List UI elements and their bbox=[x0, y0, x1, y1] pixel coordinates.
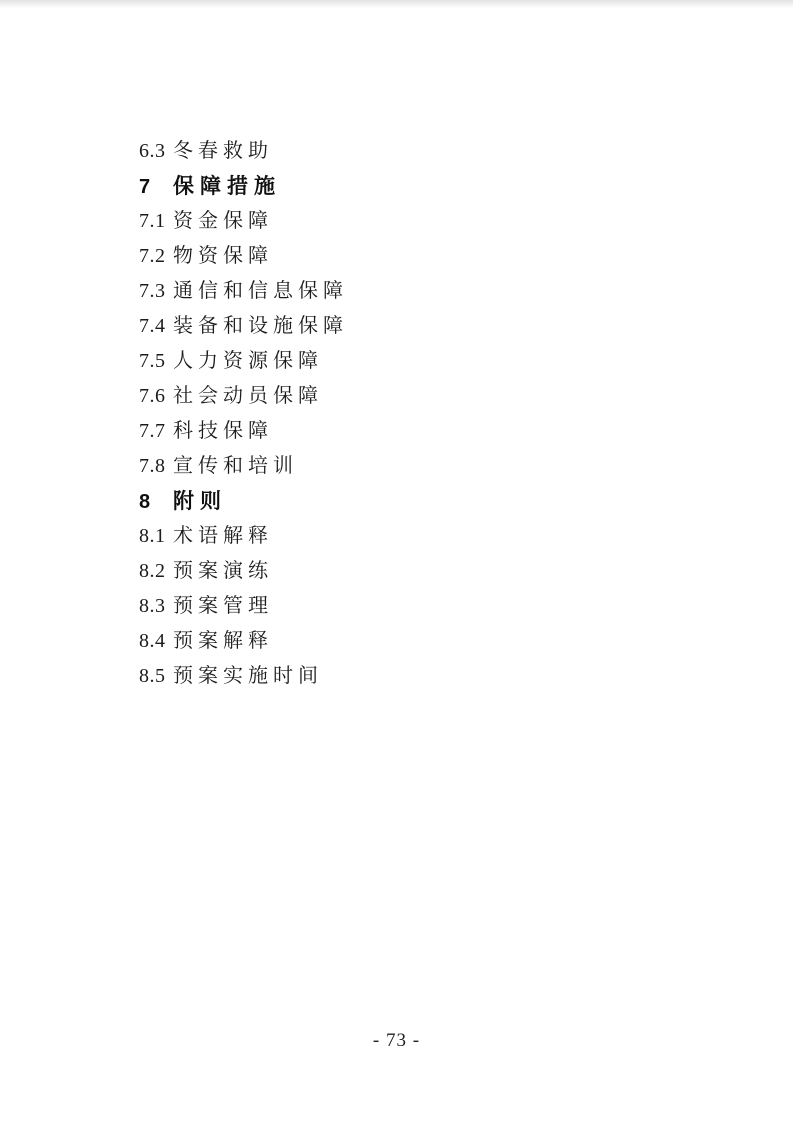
toc-entry-number: 8.5 bbox=[139, 659, 173, 694]
toc-entry-title: 预案实施时间 bbox=[173, 659, 323, 694]
toc-entry-title: 科技保障 bbox=[173, 414, 273, 449]
toc-entry-title: 预案解释 bbox=[173, 624, 273, 659]
toc-entry-number: 8.2 bbox=[139, 554, 173, 589]
toc-entry-title: 术语解释 bbox=[173, 519, 273, 554]
document-page: 6.3 冬春救助 7 保障措施 7.1 资金保障 7.2 物资保障 7.3 通信… bbox=[0, 0, 793, 1122]
toc-entry-number: 8 bbox=[139, 485, 173, 520]
toc-entry-title: 预案演练 bbox=[173, 554, 273, 589]
toc-entry: 7.3 通信和信息保障 bbox=[139, 274, 348, 309]
toc-entry: 7.7 科技保障 bbox=[139, 414, 348, 449]
page-top-edge bbox=[0, 0, 793, 8]
toc-entry: 7.8 宣传和培训 bbox=[139, 449, 348, 484]
toc-entry-number: 7 bbox=[139, 170, 173, 205]
toc-entry-number: 8.1 bbox=[139, 519, 173, 554]
toc-entry: 7.2 物资保障 bbox=[139, 239, 348, 274]
toc-entry-number: 7.7 bbox=[139, 414, 173, 449]
toc-entry: 8.2 预案演练 bbox=[139, 554, 348, 589]
toc-entry-title: 预案管理 bbox=[173, 589, 273, 624]
toc-entry: 8.5 预案实施时间 bbox=[139, 659, 348, 694]
toc-entry-title: 冬春救助 bbox=[173, 134, 273, 169]
page-number: - 73 - bbox=[373, 1030, 420, 1051]
toc-entry: 7.1 资金保障 bbox=[139, 204, 348, 239]
toc-entry: 8.4 预案解释 bbox=[139, 624, 348, 659]
toc-entry-number: 7.4 bbox=[139, 309, 173, 344]
toc-entry-number: 8.4 bbox=[139, 624, 173, 659]
toc-entry-number: 8.3 bbox=[139, 589, 173, 624]
toc-entry-number: 7.5 bbox=[139, 344, 173, 379]
toc-entry-title: 附则 bbox=[173, 484, 227, 519]
toc-entry-number: 7.6 bbox=[139, 379, 173, 414]
toc-entry-title: 人力资源保障 bbox=[173, 344, 323, 379]
page-footer: - 73 - bbox=[0, 1030, 793, 1052]
table-of-contents: 6.3 冬春救助 7 保障措施 7.1 资金保障 7.2 物资保障 7.3 通信… bbox=[139, 134, 348, 694]
toc-entry-number: 6.3 bbox=[139, 134, 173, 169]
toc-entry-number: 7.1 bbox=[139, 204, 173, 239]
toc-entry: 7 保障措施 bbox=[139, 169, 348, 204]
toc-entry: 6.3 冬春救助 bbox=[139, 134, 348, 169]
toc-entry: 8.1 术语解释 bbox=[139, 519, 348, 554]
toc-entry-title: 物资保障 bbox=[173, 239, 273, 274]
toc-entry-title: 保障措施 bbox=[173, 169, 281, 204]
toc-entry-title: 宣传和培训 bbox=[173, 449, 298, 484]
toc-entry: 7.4 装备和设施保障 bbox=[139, 309, 348, 344]
toc-entry: 7.6 社会动员保障 bbox=[139, 379, 348, 414]
toc-entry-title: 装备和设施保障 bbox=[173, 309, 348, 344]
toc-entry-number: 7.3 bbox=[139, 274, 173, 309]
toc-entry-number: 7.2 bbox=[139, 239, 173, 274]
toc-entry: 7.5 人力资源保障 bbox=[139, 344, 348, 379]
toc-entry: 8.3 预案管理 bbox=[139, 589, 348, 624]
toc-entry-title: 资金保障 bbox=[173, 204, 273, 239]
toc-entry-title: 社会动员保障 bbox=[173, 379, 323, 414]
toc-entry-number: 7.8 bbox=[139, 449, 173, 484]
toc-entry-title: 通信和信息保障 bbox=[173, 274, 348, 309]
toc-entry: 8 附则 bbox=[139, 484, 348, 519]
